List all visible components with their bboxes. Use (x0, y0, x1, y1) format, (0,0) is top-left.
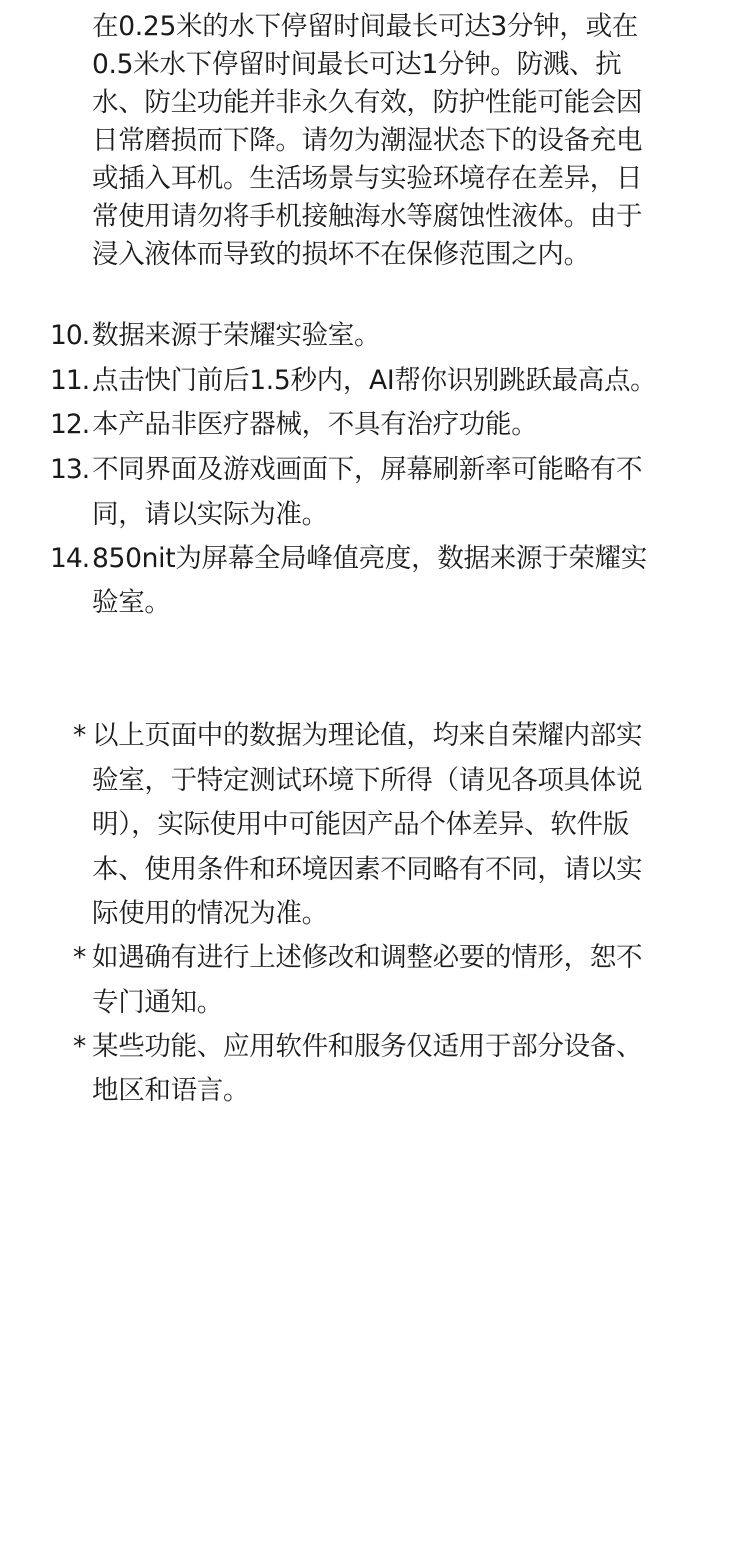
asterisk-marker: * (73, 1028, 91, 1066)
footnote-number: 14. (50, 540, 92, 578)
footnote-number: 13. (50, 451, 92, 489)
footnote-number: 11. (50, 362, 92, 400)
footnote-number: 10. (50, 317, 92, 355)
asterisk-marker: * (73, 717, 91, 755)
asterisk-marker: * (73, 939, 91, 977)
footnote-number: 12. (50, 406, 92, 444)
